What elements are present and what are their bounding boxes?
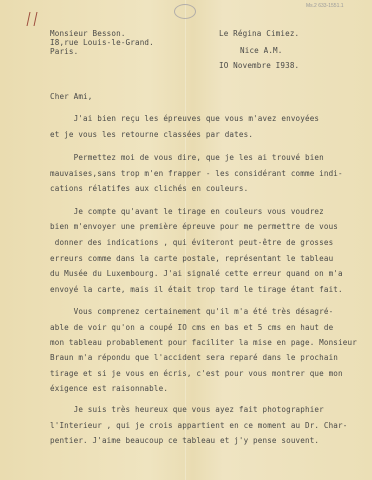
letter-page: Ms.2 633-1551.1 Monsieur Besson. I8,rue … xyxy=(0,0,372,480)
body-line: éxigence est raisonnable. xyxy=(50,384,168,393)
body-line: l'Interieur , qui je crois appartient en… xyxy=(50,421,347,430)
body-line: mon tableau probablement pour faciliter … xyxy=(50,338,357,347)
red-pencil-mark xyxy=(27,12,38,26)
body-line: J'ai bien reçu les épreuves que vous m'a… xyxy=(50,114,319,123)
library-stamp xyxy=(174,4,196,19)
body-line: bien m'envoyer une première épreuve pour… xyxy=(50,222,338,231)
letterhead-city: Nice A.M. xyxy=(240,46,283,55)
letterhead-hotel: Le Régina Cimiez. xyxy=(219,29,299,38)
recipient-city: Paris. xyxy=(50,47,78,56)
body-line: tirage et si je vous en écris, c'est pou… xyxy=(50,369,343,378)
body-line: pentier. J'aime beaucoup ce tableau et j… xyxy=(50,436,319,445)
body-line: donner des indications , qui éviteront p… xyxy=(50,238,333,247)
archive-reference: Ms.2 633-1551.1 xyxy=(306,3,344,9)
body-line: Permettez moi de vous dire, que je les a… xyxy=(50,153,324,162)
body-line: cations rélatifes aux clichés en couleur… xyxy=(50,184,248,193)
body-line: Vous comprenez certainement qu'il m'a ét… xyxy=(50,307,333,316)
body-line: erreurs comme dans la carte postale, rep… xyxy=(50,254,333,263)
recipient-name: Monsieur Besson. xyxy=(50,29,126,38)
body-line: envoyé la carte, mais il était trop tard… xyxy=(50,285,343,294)
body-line: mauvaises,sans trop m'en frapper - les c… xyxy=(50,169,343,178)
body-line: Je suis très heureux que vous ayez fait … xyxy=(50,405,324,414)
body-line: Je compte qu'avant le tirage en couleurs… xyxy=(50,207,324,216)
body-line: et je vous les retourne classées par dat… xyxy=(50,130,253,139)
body-line: Braun m'a répondu que l'accident sera re… xyxy=(50,353,338,362)
body-line: able de voir qu'on a coupé IO cms en bas… xyxy=(50,323,333,332)
salutation: Cher Ami, xyxy=(50,92,93,101)
body-line: du Musée du Luxembourg. J'ai signalé cet… xyxy=(50,269,343,278)
recipient-street: I8,rue Louis-le-Grand. xyxy=(50,38,154,47)
letter-date: IO Novembre I938. xyxy=(219,61,299,70)
